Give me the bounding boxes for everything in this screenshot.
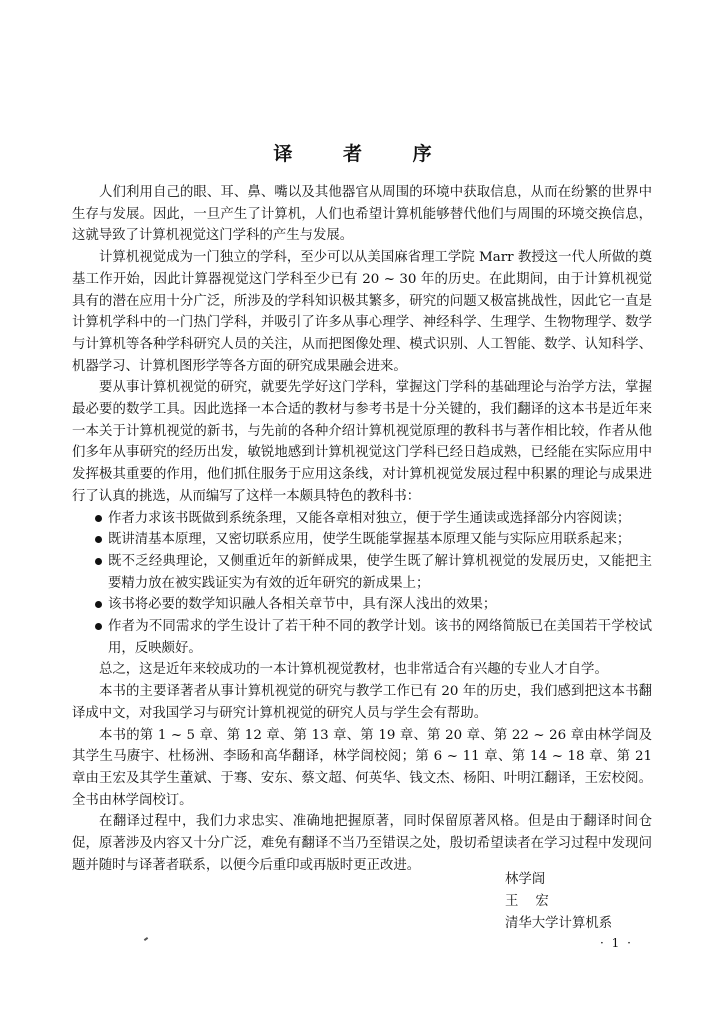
preface-body: 人们利用自己的眼、耳、鼻、嘴以及其他器官从周围的环境中获取信息，从而在纷繁的世界…: [72, 182, 652, 877]
paragraph: 总之，这是近年来较成功的一本计算机视觉教材，也非常适合有兴趣的专业人才自学。: [72, 659, 652, 681]
list-item: 该书将必要的数学知识融人各相关章节中，具有深人浅出的效果；: [72, 594, 652, 616]
bullet-icon: [95, 515, 102, 522]
page-title: 译 者 序: [0, 139, 705, 166]
list-item: 作者为不同需求的学生设计了若干种不同的教学计划。该书的网络简版已在美国若干学校试…: [72, 616, 652, 659]
feature-list: 作者力求该书既做到系统条理，又能各章相对独立，便于学生通读或选择部分内容阅读； …: [72, 508, 652, 660]
paragraph: 本书的主要译著者从事计算机视觉的研究与教学工作已有 20 年的历史，我们感到把这…: [72, 681, 652, 724]
affiliation: 清华大学计算机系: [505, 913, 612, 935]
paragraph: 人们利用自己的眼、耳、鼻、嘴以及其他器官从周围的环境中获取信息，从而在纷繁的世界…: [72, 182, 652, 247]
scan-artifact: [144, 937, 148, 941]
list-item: 既讲清基本原理，又密切联系应用，使学生既能掌握基本原理又能与实际应用联系起来；: [72, 529, 652, 551]
signature-block: 林学訚 王 宏 清华大学计算机系: [505, 869, 612, 935]
page-number: · 1 ·: [600, 936, 633, 950]
list-item: 作者力求该书既做到系统条理，又能各章相对独立，便于学生通读或选择部分内容阅读；: [72, 508, 652, 530]
list-item: 既不乏经典理论，又侧重近年的新鲜成果，使学生既了解计算机视觉的发展历史，又能把主…: [72, 551, 652, 594]
paragraph: 在翻译过程中，我们力求忠实、准确地把握原著，同时保留原著风格。但是由于翻译时间仓…: [72, 811, 652, 876]
translator-name: 王 宏: [505, 891, 612, 913]
paragraph: 本书的第 1 ~ 5 章、第 12 章、第 13 章、第 19 章、第 20 章…: [72, 725, 652, 812]
bullet-icon: [95, 623, 102, 630]
paragraph: 计算机视觉成为一门独立的学科，至少可以从美国麻省理工学院 Marr 教授这一代人…: [72, 247, 652, 377]
bullet-icon: [95, 558, 102, 565]
bullet-icon: [95, 601, 102, 608]
bullet-icon: [95, 536, 102, 543]
translator-name: 林学訚: [505, 869, 612, 891]
paragraph: 要从事计算机视觉的研究，就要先学好这门学科，掌握这门学科的基础理论与治学方法，掌…: [72, 377, 652, 507]
